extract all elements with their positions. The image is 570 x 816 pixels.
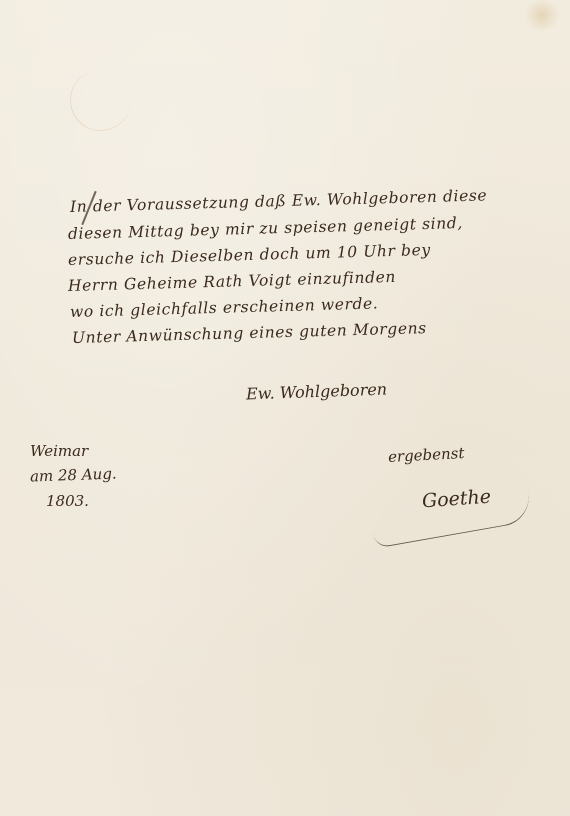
letter-page: In der Voraussetzung daß Ew. Wohlgeboren… xyxy=(0,0,570,816)
closing: ergebenst xyxy=(388,444,465,466)
date-line: am 28 Aug. xyxy=(30,464,117,485)
letter-line-5: wo ich gleichfalls erscheinen werde. xyxy=(70,294,379,321)
place-line: Weimar xyxy=(30,442,88,460)
letter-line-6: Unter Anwünschung eines guten Morgens xyxy=(72,319,427,347)
paper-stain xyxy=(522,0,562,30)
letter-line-2: diesen Mittag bey mir zu speisen geneigt… xyxy=(68,214,463,243)
paper-crease-mark xyxy=(65,65,136,136)
salutation: Ew. Wohlgeboren xyxy=(246,380,388,404)
letter-line-3: ersuche ich Dieselben doch um 10 Uhr bey xyxy=(68,241,431,269)
letter-line-1: In der Voraussetzung daß Ew. Wohlgeboren… xyxy=(70,186,488,216)
year-line: 1803. xyxy=(46,492,89,510)
letter-line-4: Herrn Geheime Rath Voigt einzufinden xyxy=(68,268,396,295)
